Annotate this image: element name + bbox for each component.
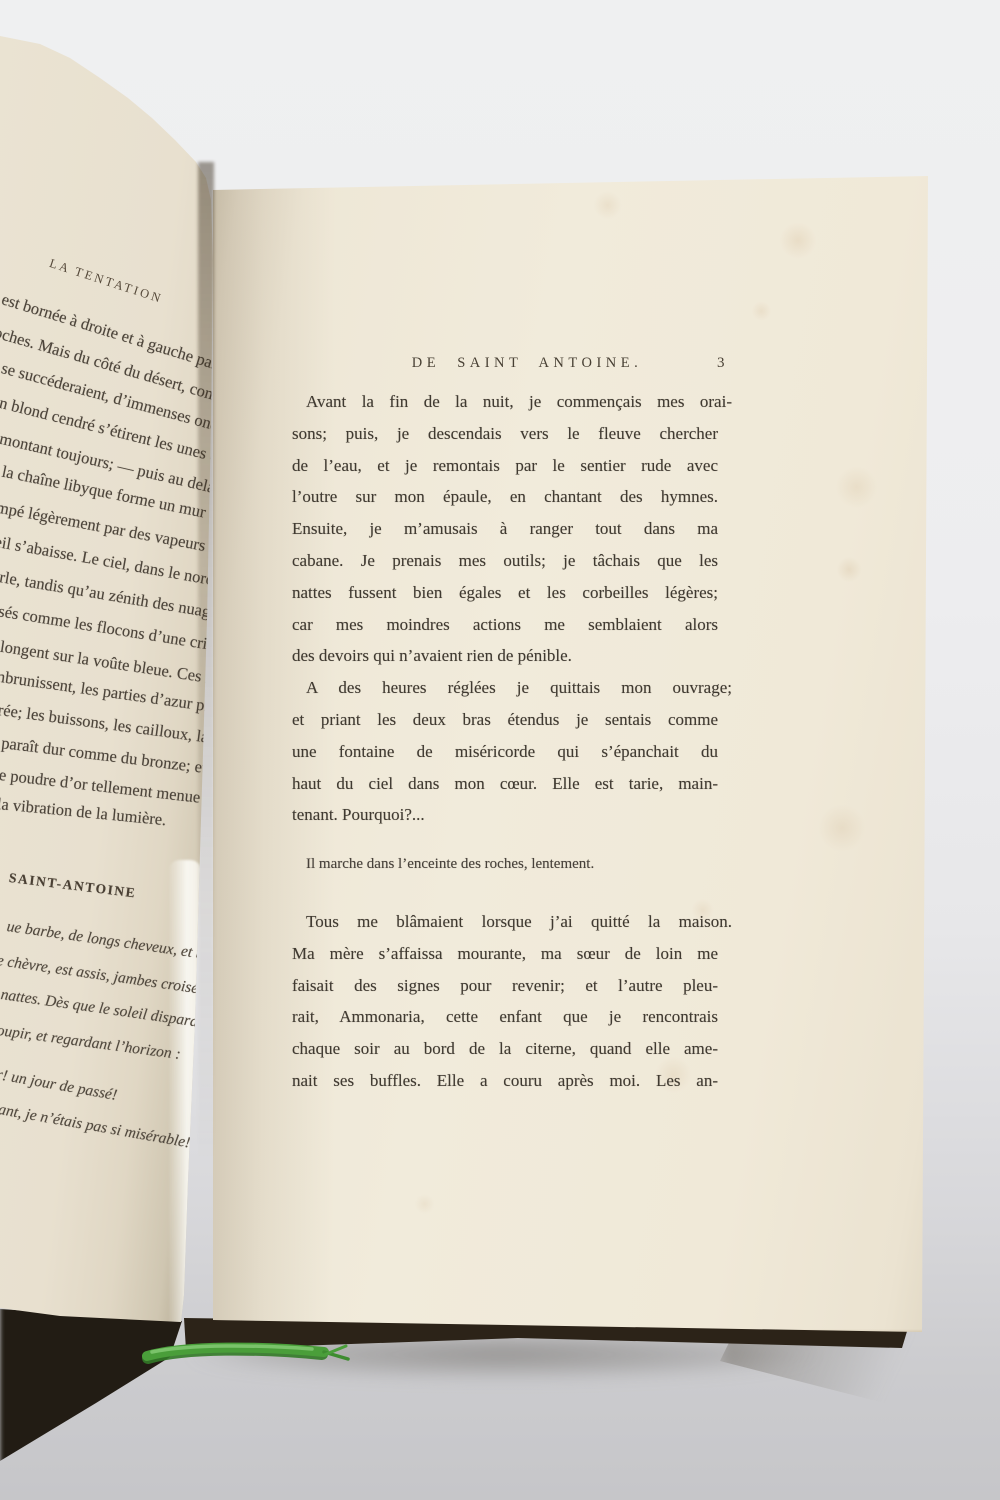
text-line: une fontaine de miséricorde qui s’épanch… bbox=[292, 743, 718, 760]
text-line: Ensuite, je m’amusais à ranger tout dans… bbox=[292, 520, 718, 537]
text-line: A des heures réglées je quittais mon ouv… bbox=[292, 679, 732, 696]
left-page: LA TENTATION e est bornée à droite et à … bbox=[0, 0, 220, 1340]
bookmark-ribbon bbox=[140, 1336, 358, 1378]
page-number: 3 bbox=[717, 355, 725, 372]
spine-crease-shadow bbox=[198, 162, 214, 1162]
text-line: rait, Ammonaria, cette enfant que je ren… bbox=[292, 1008, 718, 1025]
text-line: faisait des signes pour revenir; et l’au… bbox=[292, 977, 718, 994]
book-photo: LA TENTATION e est bornée à droite et à … bbox=[0, 0, 1000, 1500]
stage-direction: Il marche dans l’enceinte des roches, le… bbox=[292, 857, 732, 872]
left-running-header: LA TENTATION bbox=[47, 256, 164, 307]
speaker-heading: SAINT-ANTOINE bbox=[8, 870, 137, 901]
book-cover-corner-shadow bbox=[0, 1305, 195, 1470]
right-page: DE SAINT ANTOINE. 3 Avant la fin de la n… bbox=[205, 170, 937, 1345]
text-line: nattes fussent bien égales et les corbei… bbox=[292, 584, 718, 601]
text-line: Avant la fin de la nuit, je commençais m… bbox=[292, 393, 732, 410]
text-line: oupir, et regardant l’horizon : bbox=[0, 1022, 182, 1064]
right-running-header: DE SAINT ANTOINE. bbox=[292, 355, 740, 372]
text-line: haut du ciel dans mon cœur. Elle est tar… bbox=[292, 775, 718, 792]
text-line: chaque soir au bord de la citerne, quand… bbox=[292, 1040, 718, 1057]
text-line: nait ses buffles. Elle a couru après moi… bbox=[292, 1072, 718, 1089]
text-line: sons; puis, je descendais vers le fleuve… bbox=[292, 425, 718, 442]
text-line: Ma mère s’affaissa mourante, ma sœur de … bbox=[292, 945, 718, 962]
text-line: de l’eau, et je remontais par le sentier… bbox=[292, 457, 718, 474]
text-line: cabane. Je prenais mes outils; je tâchai… bbox=[292, 552, 718, 569]
left-page-edge-highlight bbox=[168, 860, 202, 1330]
text-line: car mes moindres actions me semblaient a… bbox=[292, 616, 718, 633]
text-line: l’outre sur mon épaule, en chantant des … bbox=[292, 488, 718, 505]
text-line: des devoirs qui n’avaient rien de pénibl… bbox=[292, 647, 718, 664]
text-line: tenant. Pourquoi?... bbox=[292, 806, 718, 823]
text-line: r! un jour de passé! bbox=[0, 1066, 118, 1105]
text-line: Tous me blâmaient lorsque j’ai quitté la… bbox=[292, 913, 732, 930]
text-line: et priant les deux bras étendus je senta… bbox=[292, 711, 718, 728]
text-line: ant, je n’étais pas si misérable! bbox=[0, 1101, 192, 1153]
